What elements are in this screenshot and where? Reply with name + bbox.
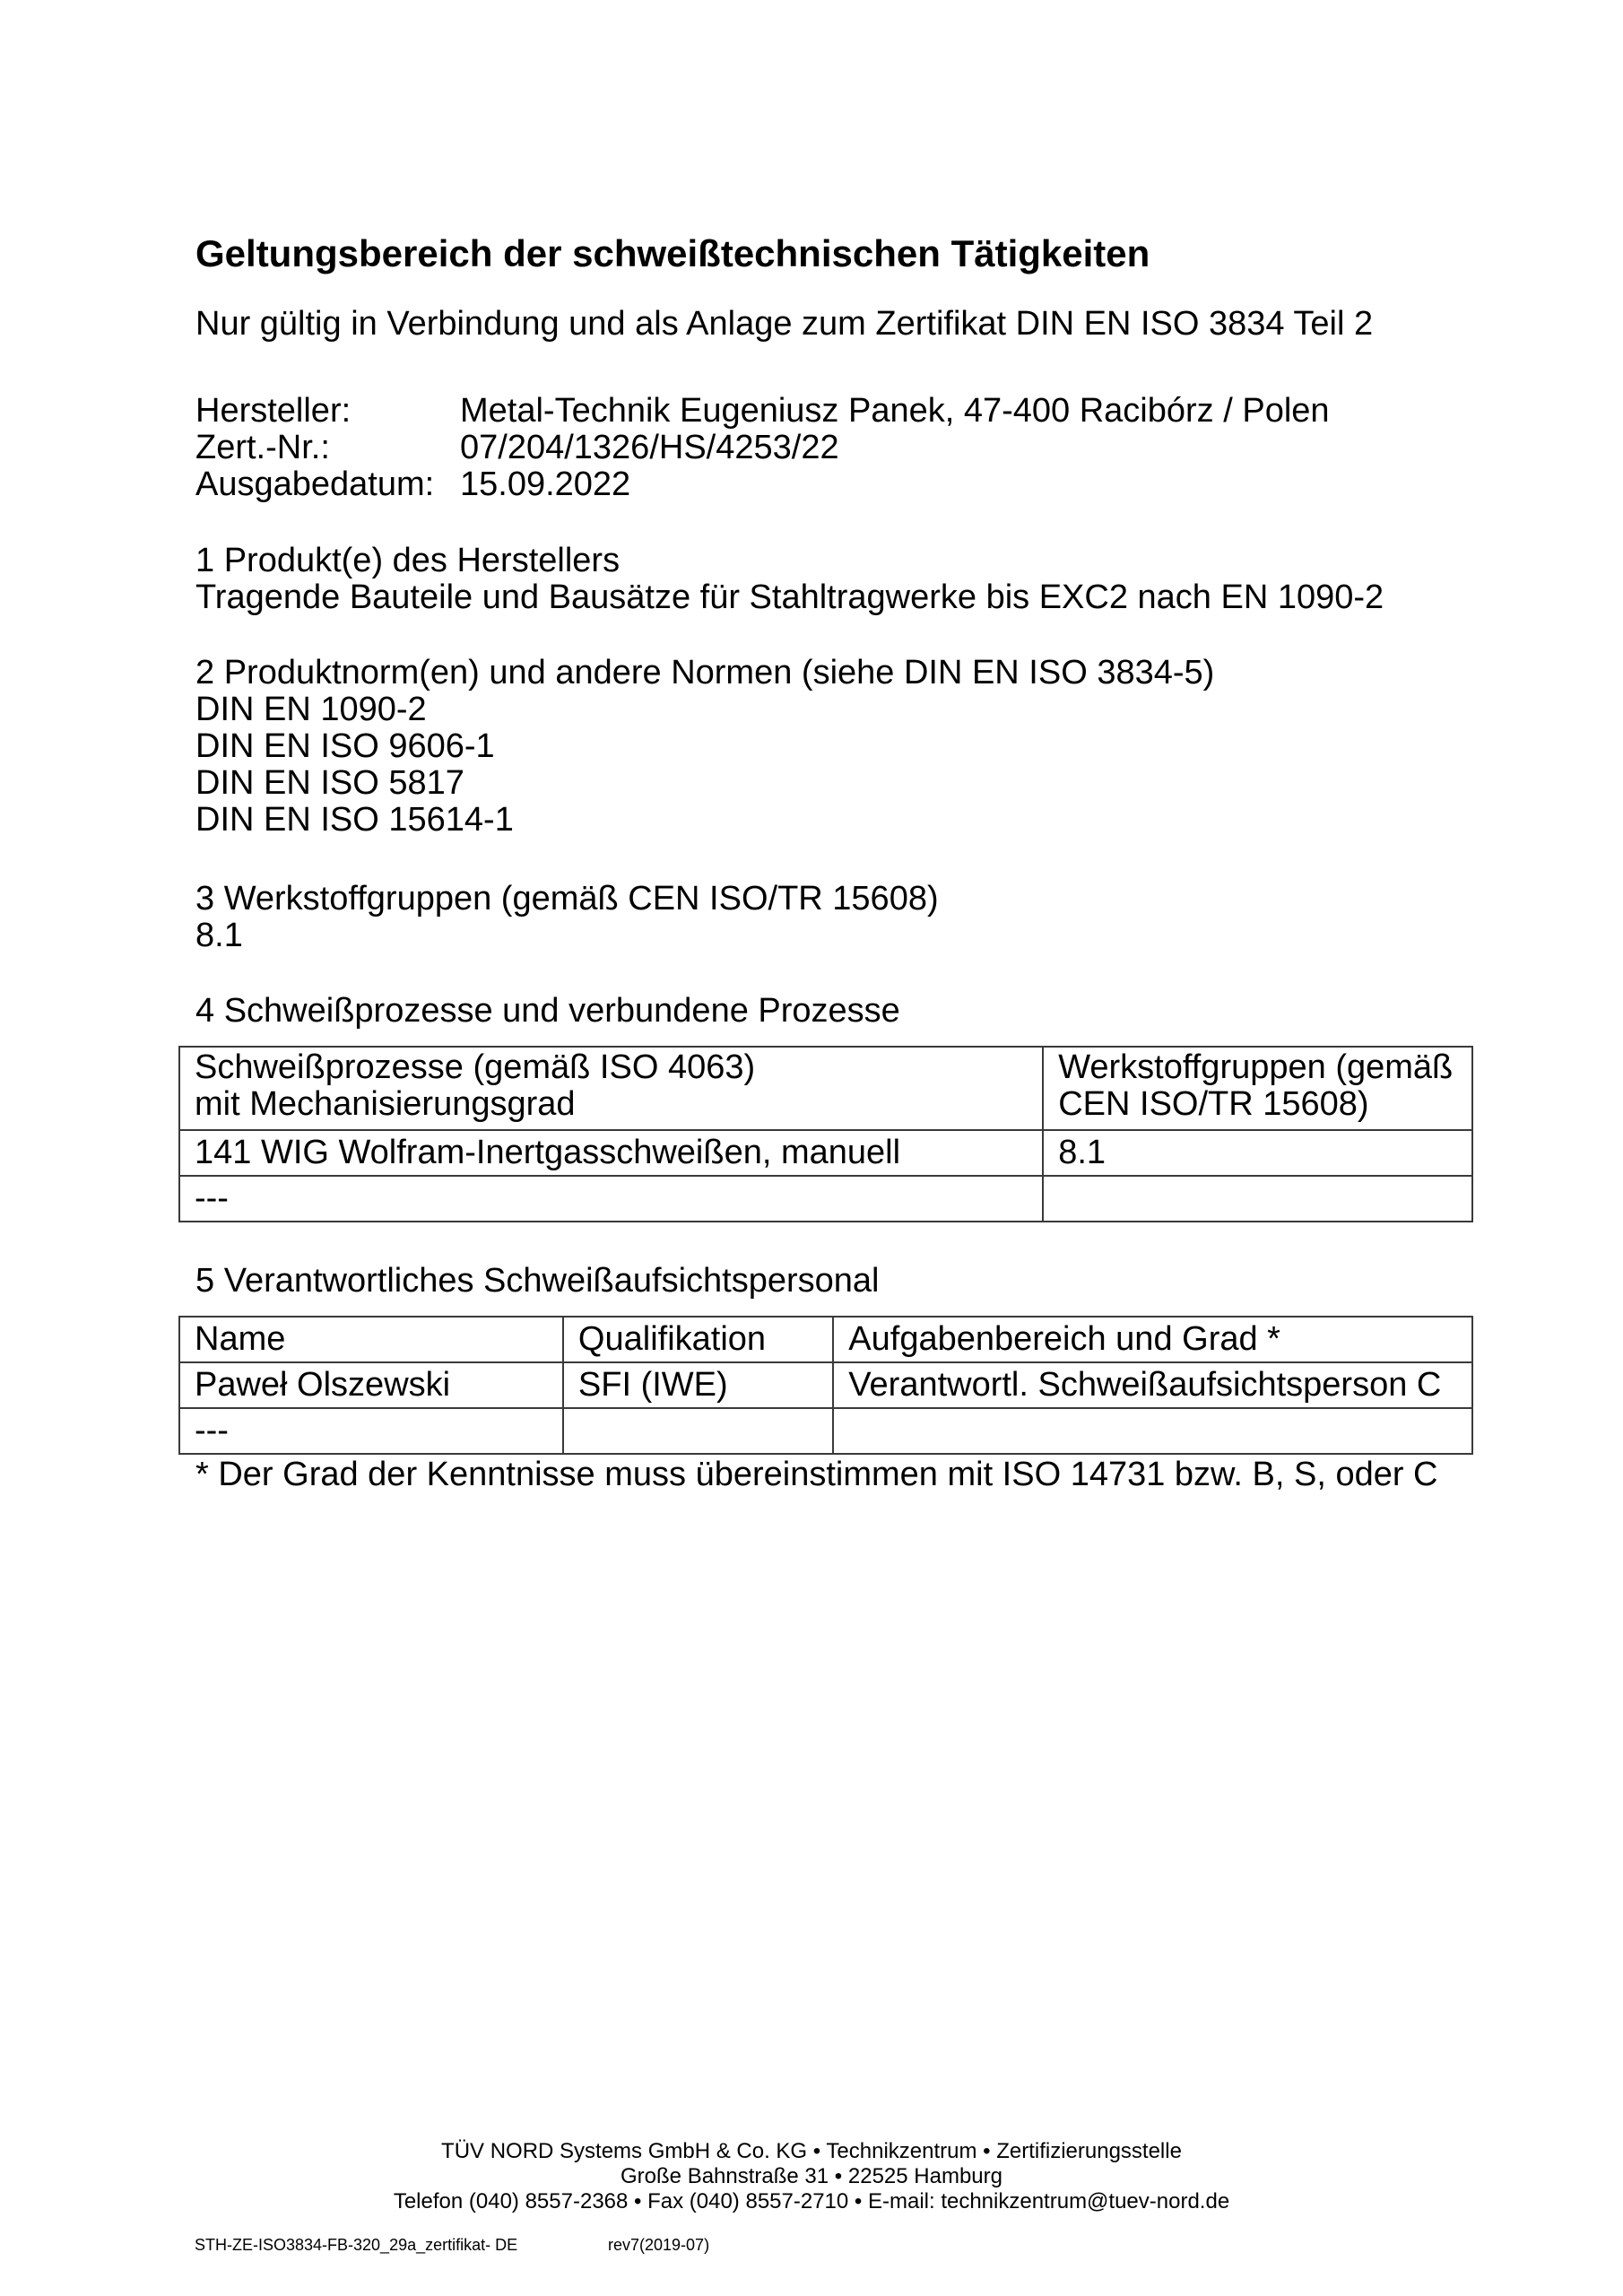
validity-note: Nur gültig in Verbindung und als Anlage … bbox=[195, 306, 1373, 343]
section-standards: 2 Produktnorm(en) und andere Normen (sie… bbox=[195, 655, 1214, 839]
material-group-value: 8.1 bbox=[195, 918, 939, 954]
table-cell: --- bbox=[179, 1176, 1043, 1222]
header-cell-name: Name bbox=[179, 1317, 563, 1362]
certificate-annex-page: Geltungsbereich der schweißtechnischen T… bbox=[0, 0, 1623, 2296]
section-heading: 1 Produkt(e) des Herstellers bbox=[195, 543, 1384, 579]
section-welding-processes: 4 Schweißprozesse und verbundene Prozess… bbox=[195, 993, 900, 1030]
meta-label: Zert.-Nr.: bbox=[195, 430, 460, 466]
document-revision: rev7(2019-07) bbox=[608, 2235, 709, 2255]
header-line: mit Mechanisierungsgrad bbox=[195, 1086, 1042, 1123]
supervision-staff-table: Name Qualifikation Aufgabenbereich und G… bbox=[178, 1316, 1473, 1455]
table-cell: 8.1 bbox=[1043, 1130, 1472, 1176]
footer-address: Große Bahnstraße 31 • 22525 Hamburg bbox=[0, 2164, 1623, 2189]
table-cell bbox=[563, 1408, 833, 1454]
header-cell-process: Schweißprozesse (gemäß ISO 4063) mit Mec… bbox=[179, 1047, 1043, 1130]
table-header-row: Schweißprozesse (gemäß ISO 4063) mit Mec… bbox=[179, 1047, 1472, 1130]
section-material-groups: 3 Werkstoffgruppen (gemäß CEN ISO/TR 156… bbox=[195, 881, 939, 954]
section-heading: 4 Schweißprozesse und verbundene Prozess… bbox=[195, 993, 900, 1030]
table-row: Paweł Olszewski SFI (IWE) Verantwortl. S… bbox=[179, 1362, 1472, 1408]
footer-contact: Telefon (040) 8557-2368 • Fax (040) 8557… bbox=[0, 2189, 1623, 2214]
standard-item: DIN EN ISO 15614-1 bbox=[195, 802, 1214, 839]
table-cell: --- bbox=[179, 1408, 563, 1454]
table-header-row: Name Qualifikation Aufgabenbereich und G… bbox=[179, 1317, 1472, 1362]
table-cell: Paweł Olszewski bbox=[179, 1362, 563, 1408]
section-heading: 5 Verantwortliches Schweißaufsichtsperso… bbox=[195, 1263, 880, 1300]
table-cell: 141 WIG Wolfram-Inertgasschweißen, manue… bbox=[179, 1130, 1043, 1176]
standard-item: DIN EN ISO 9606-1 bbox=[195, 728, 1214, 765]
table-cell bbox=[833, 1408, 1472, 1454]
standard-item: DIN EN ISO 5817 bbox=[195, 765, 1214, 802]
welding-process-table: Schweißprozesse (gemäß ISO 4063) mit Mec… bbox=[178, 1046, 1473, 1222]
table-row: 141 WIG Wolfram-Inertgasschweißen, manue… bbox=[179, 1130, 1472, 1176]
section-products: 1 Produkt(e) des Herstellers Tragende Ba… bbox=[195, 543, 1384, 616]
header-cell-qualification: Qualifikation bbox=[563, 1317, 833, 1362]
section-heading: 3 Werkstoffgruppen (gemäß CEN ISO/TR 156… bbox=[195, 881, 939, 918]
meta-issue-date: Ausgabedatum:15.09.2022 bbox=[195, 466, 630, 503]
page-footer: TÜV NORD Systems GmbH & Co. KG • Technik… bbox=[0, 2139, 1623, 2214]
issue-date-value: 15.09.2022 bbox=[460, 466, 630, 503]
standard-item: DIN EN 1090-2 bbox=[195, 691, 1214, 728]
section-supervision-staff: 5 Verantwortliches Schweißaufsichtsperso… bbox=[195, 1263, 880, 1300]
cert-number-value: 07/204/1326/HS/4253/22 bbox=[460, 430, 839, 466]
header-line: CEN ISO/TR 15608) bbox=[1058, 1086, 1471, 1123]
manufacturer-value: Metal-Technik Eugeniusz Panek, 47-400 Ra… bbox=[460, 393, 1330, 430]
meta-cert-number: Zert.-Nr.:07/204/1326/HS/4253/22 bbox=[195, 430, 839, 466]
document-code: STH-ZE-ISO3834-FB-320_29a_zertifikat- DE bbox=[195, 2235, 517, 2255]
meta-label: Ausgabedatum: bbox=[195, 466, 460, 503]
footnote: * Der Grad der Kenntnisse muss übereinst… bbox=[195, 1457, 1438, 1493]
header-cell-responsibility: Aufgabenbereich und Grad * bbox=[833, 1317, 1472, 1362]
meta-label: Hersteller: bbox=[195, 393, 460, 430]
footer-company: TÜV NORD Systems GmbH & Co. KG • Technik… bbox=[0, 2139, 1623, 2164]
table-cell bbox=[1043, 1176, 1472, 1222]
meta-manufacturer: Hersteller:Metal-Technik Eugeniusz Panek… bbox=[195, 393, 1330, 430]
header-line: Schweißprozesse (gemäß ISO 4063) bbox=[195, 1049, 1042, 1086]
page-title: Geltungsbereich der schweißtechnischen T… bbox=[195, 231, 1150, 276]
table-cell: SFI (IWE) bbox=[563, 1362, 833, 1408]
section-heading: 2 Produktnorm(en) und andere Normen (sie… bbox=[195, 655, 1214, 691]
table-row: --- bbox=[179, 1408, 1472, 1454]
table-row: --- bbox=[179, 1176, 1472, 1222]
header-line: Werkstoffgruppen (gemäß bbox=[1058, 1049, 1471, 1086]
header-cell-material-group: Werkstoffgruppen (gemäß CEN ISO/TR 15608… bbox=[1043, 1047, 1472, 1130]
product-description: Tragende Bauteile und Bausätze für Stahl… bbox=[195, 579, 1384, 616]
table-cell: Verantwortl. Schweißaufsichtsperson C bbox=[833, 1362, 1472, 1408]
